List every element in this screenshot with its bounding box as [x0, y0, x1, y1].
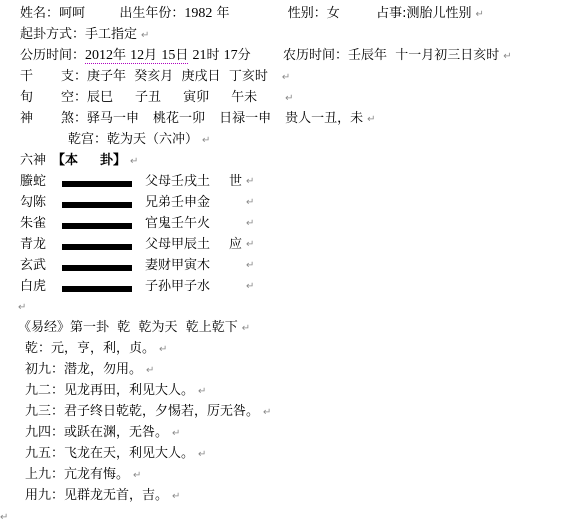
xunkong-value-1: 辰巳: [87, 90, 113, 105]
hexagram-header: 六神【本卦】↵: [20, 151, 138, 171]
six-spirit-label: 朱雀: [20, 214, 46, 234]
hexagram-header-right-a: 【本: [52, 153, 78, 168]
paragraph-mark: ↵: [133, 470, 141, 481]
palace-line: 乾宫：乾为天（六冲）↵: [68, 130, 210, 150]
shi-ying-mark: 世: [229, 172, 242, 192]
paragraph-mark: ↵: [172, 491, 180, 502]
yang-line-bar: [62, 223, 132, 229]
gender-label: 性别：: [288, 6, 327, 21]
paragraph-mark: ↵: [146, 365, 154, 376]
yang-line-bar: [62, 244, 132, 250]
shensha-value-3: 日禄一申: [219, 111, 271, 126]
matter-value: 测胎儿性别: [406, 6, 471, 21]
method-line: 起卦方式：手工指定↵: [20, 25, 149, 45]
yijing-line: 九三：君子终日乾乾，夕惕若，厉无咎。↵: [25, 402, 271, 422]
paragraph-mark: ↵: [246, 172, 254, 192]
yijing-line-text: 乾：元，亨，利，贞。: [25, 341, 155, 356]
yao-text: 子孙甲子水: [145, 277, 210, 297]
paragraph-mark: ↵: [503, 51, 511, 62]
paragraph-mark: ↵: [202, 135, 210, 146]
yang-line-bar: [62, 202, 132, 208]
yijing-line: 初九：潜龙，勿用。↵: [25, 360, 154, 380]
six-spirit-label: 玄武: [20, 256, 46, 276]
palace-value: 乾宫：乾为天（六冲）: [68, 132, 198, 147]
paragraph-mark: ↵: [18, 302, 26, 313]
xunkong-label-a: 旬: [20, 90, 33, 105]
yijing-line: 九四：或跃在渊，无咎。↵: [25, 423, 180, 443]
yijing-line: 上九：亢龙有悔。↵: [25, 465, 141, 485]
paragraph-mark: ↵: [130, 156, 138, 167]
gender-value: 女: [327, 6, 340, 21]
lunar-time-label: 农历时间：: [283, 48, 348, 63]
shensha-value-4: 贵人一丑，未: [285, 111, 363, 126]
shi-ying-mark: 应: [229, 235, 242, 255]
birth-year-value: 1982: [184, 6, 212, 21]
empty-paragraph: ↵: [0, 507, 8, 527]
paragraph-mark: ↵: [198, 449, 206, 460]
time-line: 公历时间：2012年 12月 15日 21时 17分 农历时间：壬辰年 十一月初…: [20, 46, 512, 66]
hexagram-header-left: 六神: [20, 153, 46, 168]
yang-line-bar: [62, 181, 132, 187]
paragraph-mark: ↵: [141, 30, 149, 41]
paragraph-mark: ↵: [282, 72, 290, 83]
paragraph-mark: ↵: [246, 193, 254, 213]
ganzhi-value: 庚子年 癸亥月 庚戌日 丁亥时: [87, 69, 268, 84]
solar-minute: 17: [224, 48, 238, 63]
paragraph-mark: ↵: [246, 277, 254, 297]
paragraph-mark: ↵: [246, 235, 254, 255]
ganzhi-line: 干支：庚子年 癸亥月 庚戌日 丁亥时↵: [20, 67, 290, 87]
yang-line-bar: [62, 265, 132, 271]
header-line: 姓名：呵呵 出生年份：1982 年 性别：女 占事:测胎儿性别↵: [20, 4, 484, 24]
shensha-label-b: 煞：: [61, 111, 87, 126]
xunkong-value-2: 子丑: [135, 90, 161, 105]
paragraph-mark: ↵: [0, 512, 8, 523]
paragraph-mark: ↵: [198, 386, 206, 397]
xunkong-value-3: 寅卯: [183, 90, 209, 105]
yijing-title: 《易经》第一卦 乾 乾为天 乾上乾下: [18, 320, 238, 335]
document-page: 姓名：呵呵 出生年份：1982 年 性别：女 占事:测胎儿性别↵ 起卦方式：手工…: [0, 0, 563, 527]
paragraph-mark: ↵: [263, 407, 271, 418]
yao-text: 父母甲辰土: [145, 235, 210, 255]
six-spirit-label: 青龙: [20, 235, 46, 255]
yijing-line-text: 九五：飞龙在天，利见大人。: [25, 446, 194, 461]
yijing-line-text: 上九：亢龙有悔。: [25, 467, 129, 482]
empty-paragraph: ↵: [18, 297, 26, 317]
xunkong-line: 旬空：辰巳子丑寅卯午未↵: [20, 88, 293, 108]
paragraph-mark: ↵: [285, 93, 293, 104]
six-spirit-label: 勾陈: [20, 193, 46, 213]
name-label: 姓名：: [20, 6, 59, 21]
birth-year-unit: 年: [216, 6, 229, 21]
shensha-line: 神煞：驿马一申桃花一卯日禄一申贵人一丑，未↵: [20, 109, 375, 129]
method-value: 手工指定: [85, 27, 137, 42]
paragraph-mark: ↵: [172, 428, 180, 439]
solar-time-label: 公历时间：: [20, 48, 85, 63]
shensha-value-2: 桃花一卯: [153, 111, 205, 126]
paragraph-mark: ↵: [246, 256, 254, 276]
hexagram-header-right-b: 卦】: [100, 153, 126, 168]
yijing-line: 用九：见群龙无首，吉。↵: [25, 486, 180, 506]
paragraph-mark: ↵: [246, 214, 254, 234]
yijing-line-text: 用九：见群龙无首，吉。: [25, 488, 168, 503]
yao-text: 兄弟壬申金: [145, 193, 210, 213]
paragraph-mark: ↵: [242, 323, 250, 334]
yijing-line: 九二：见龙再田，利见大人。↵: [25, 381, 206, 401]
shensha-value-1: 驿马一申: [87, 111, 139, 126]
solar-date-smart-tag[interactable]: 2012年 12月 15日: [85, 48, 188, 64]
yijing-title-line: 《易经》第一卦 乾 乾为天 乾上乾下↵: [18, 318, 250, 338]
yijing-line-text: 九二：见龙再田，利见大人。: [25, 383, 194, 398]
yijing-line-text: 初九：潜龙，勿用。: [25, 362, 142, 377]
lunar-time-value: 壬辰年 十一月初三日亥时: [348, 48, 499, 63]
yijing-line: 乾：元，亨，利，贞。↵: [25, 339, 167, 359]
method-label: 起卦方式：: [20, 27, 85, 42]
ganzhi-label-b: 支：: [61, 69, 87, 84]
xunkong-label-b: 空：: [61, 90, 87, 105]
paragraph-mark: ↵: [159, 344, 167, 355]
paragraph-mark: ↵: [367, 114, 375, 125]
yao-text: 父母壬戌土: [145, 172, 210, 192]
ganzhi-label-a: 干: [20, 69, 33, 84]
yijing-line-text: 九四：或跃在渊，无咎。: [25, 425, 168, 440]
shensha-label-a: 神: [20, 111, 33, 126]
paragraph-mark: ↵: [475, 9, 483, 20]
yao-text: 妻财甲寅木: [145, 256, 210, 276]
matter-label: 占事:: [376, 6, 406, 21]
six-spirit-label: 白虎: [20, 277, 46, 297]
birth-year-label: 出生年份：: [119, 6, 184, 21]
xunkong-value-4: 午未: [231, 90, 257, 105]
yijing-line: 九五：飞龙在天，利见大人。↵: [25, 444, 206, 464]
yang-line-bar: [62, 286, 132, 292]
name-value: 呵呵: [59, 6, 85, 21]
six-spirit-label: 螣蛇: [20, 172, 46, 192]
yijing-line-text: 九三：君子终日乾乾，夕惕若，厉无咎。: [25, 404, 259, 419]
solar-hour: 21: [192, 48, 206, 63]
yao-text: 官鬼壬午火: [145, 214, 210, 234]
